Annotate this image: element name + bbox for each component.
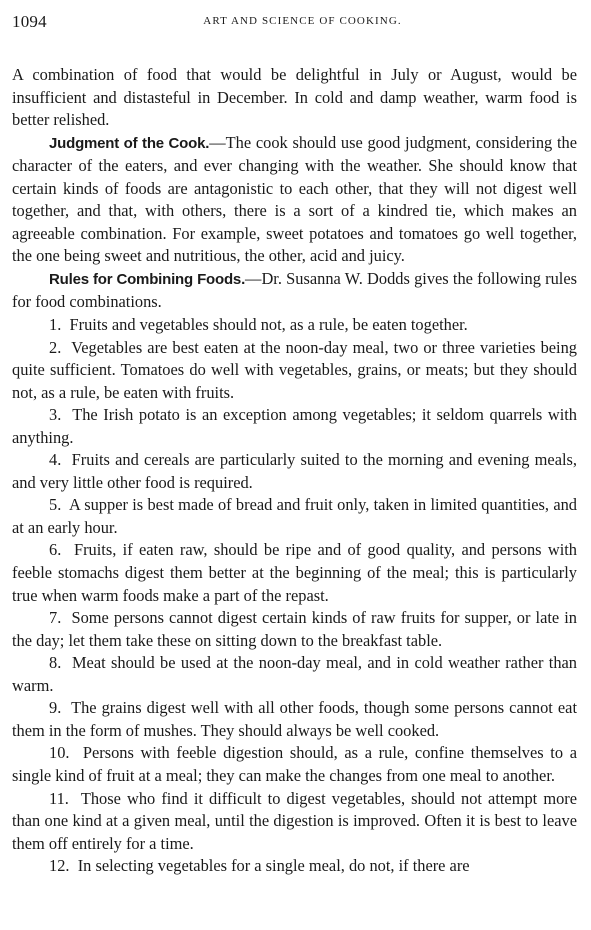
rule-item: 5. A supper is best made of bread and fr… [12, 494, 577, 539]
rule-item: 12. In selecting vegetables for a single… [12, 855, 577, 878]
rules-heading: Rules for Combining Foods. [49, 271, 245, 288]
rule-item: 9. The grains digest well with all other… [12, 697, 577, 742]
rule-number: 9. [49, 698, 61, 717]
rule-text: A supper is best made of bread and fruit… [12, 495, 577, 537]
rule-number: 11. [49, 789, 69, 808]
rule-text: Meat should be used at the noon-day meal… [12, 653, 577, 695]
rule-number: 1. [49, 315, 61, 334]
rule-text: The Irish potato is an exception among v… [12, 405, 577, 447]
running-title: ART AND SCIENCE OF COOKING. [12, 15, 579, 27]
rule-item: 3. The Irish potato is an exception amon… [12, 404, 577, 449]
rule-text: The grains digest well with all other fo… [12, 698, 577, 740]
rule-text: Persons with feeble digestion should, as… [12, 743, 577, 785]
rule-item: 10. Persons with feeble digestion should… [12, 742, 577, 787]
rule-item: 8. Meat should be used at the noon-day m… [12, 652, 577, 697]
rule-number: 3. [49, 405, 61, 424]
rule-number: 5. [49, 495, 61, 514]
rule-item: 11. Those who find it difficult to diges… [12, 788, 577, 856]
rule-text: In selecting vegetables for a single mea… [78, 856, 470, 875]
rule-text: Those who find it difficult to digest ve… [12, 789, 577, 853]
judgment-heading: Judgment of the Cook. [49, 135, 209, 152]
rule-number: 7. [49, 608, 61, 627]
rule-number: 2. [49, 338, 61, 357]
rule-text: Fruits and cereals are particularly suit… [12, 450, 577, 492]
rule-text: Fruits, if eaten raw, should be ripe and… [12, 540, 577, 604]
judgment-paragraph: Judgment of the Cook.—The cook should us… [12, 132, 577, 268]
rule-number: 12. [49, 856, 70, 875]
opening-paragraph: A combination of food that would be deli… [12, 64, 577, 132]
rule-number: 8. [49, 653, 61, 672]
body-text: A combination of food that would be deli… [12, 64, 577, 878]
rule-item: 6. Fruits, if eaten raw, should be ripe … [12, 539, 577, 607]
rule-item: 2. Vegetables are best eaten at the noon… [12, 337, 577, 405]
rule-item: 1. Fruits and vegetables should not, as … [12, 314, 577, 337]
rule-text: Some persons cannot digest certain kinds… [12, 608, 577, 650]
rule-item: 7. Some persons cannot digest certain ki… [12, 607, 577, 652]
rule-number: 4. [49, 450, 61, 469]
rule-item: 4. Fruits and cereals are particularly s… [12, 449, 577, 494]
page-header: 1094 ART AND SCIENCE OF COOKING. [12, 12, 579, 34]
rule-number: 10. [49, 743, 70, 762]
book-page: 1094 ART AND SCIENCE OF COOKING. A combi… [0, 0, 591, 930]
judgment-text: —The cook should use good judgment, cons… [12, 133, 577, 266]
rules-intro-paragraph: Rules for Combining Foods.—Dr. Susanna W… [12, 268, 577, 314]
rule-number: 6. [49, 540, 61, 559]
rule-text: Fruits and vegetables should not, as a r… [70, 315, 468, 334]
rule-text: Vegetables are best eaten at the noon-da… [12, 338, 577, 402]
